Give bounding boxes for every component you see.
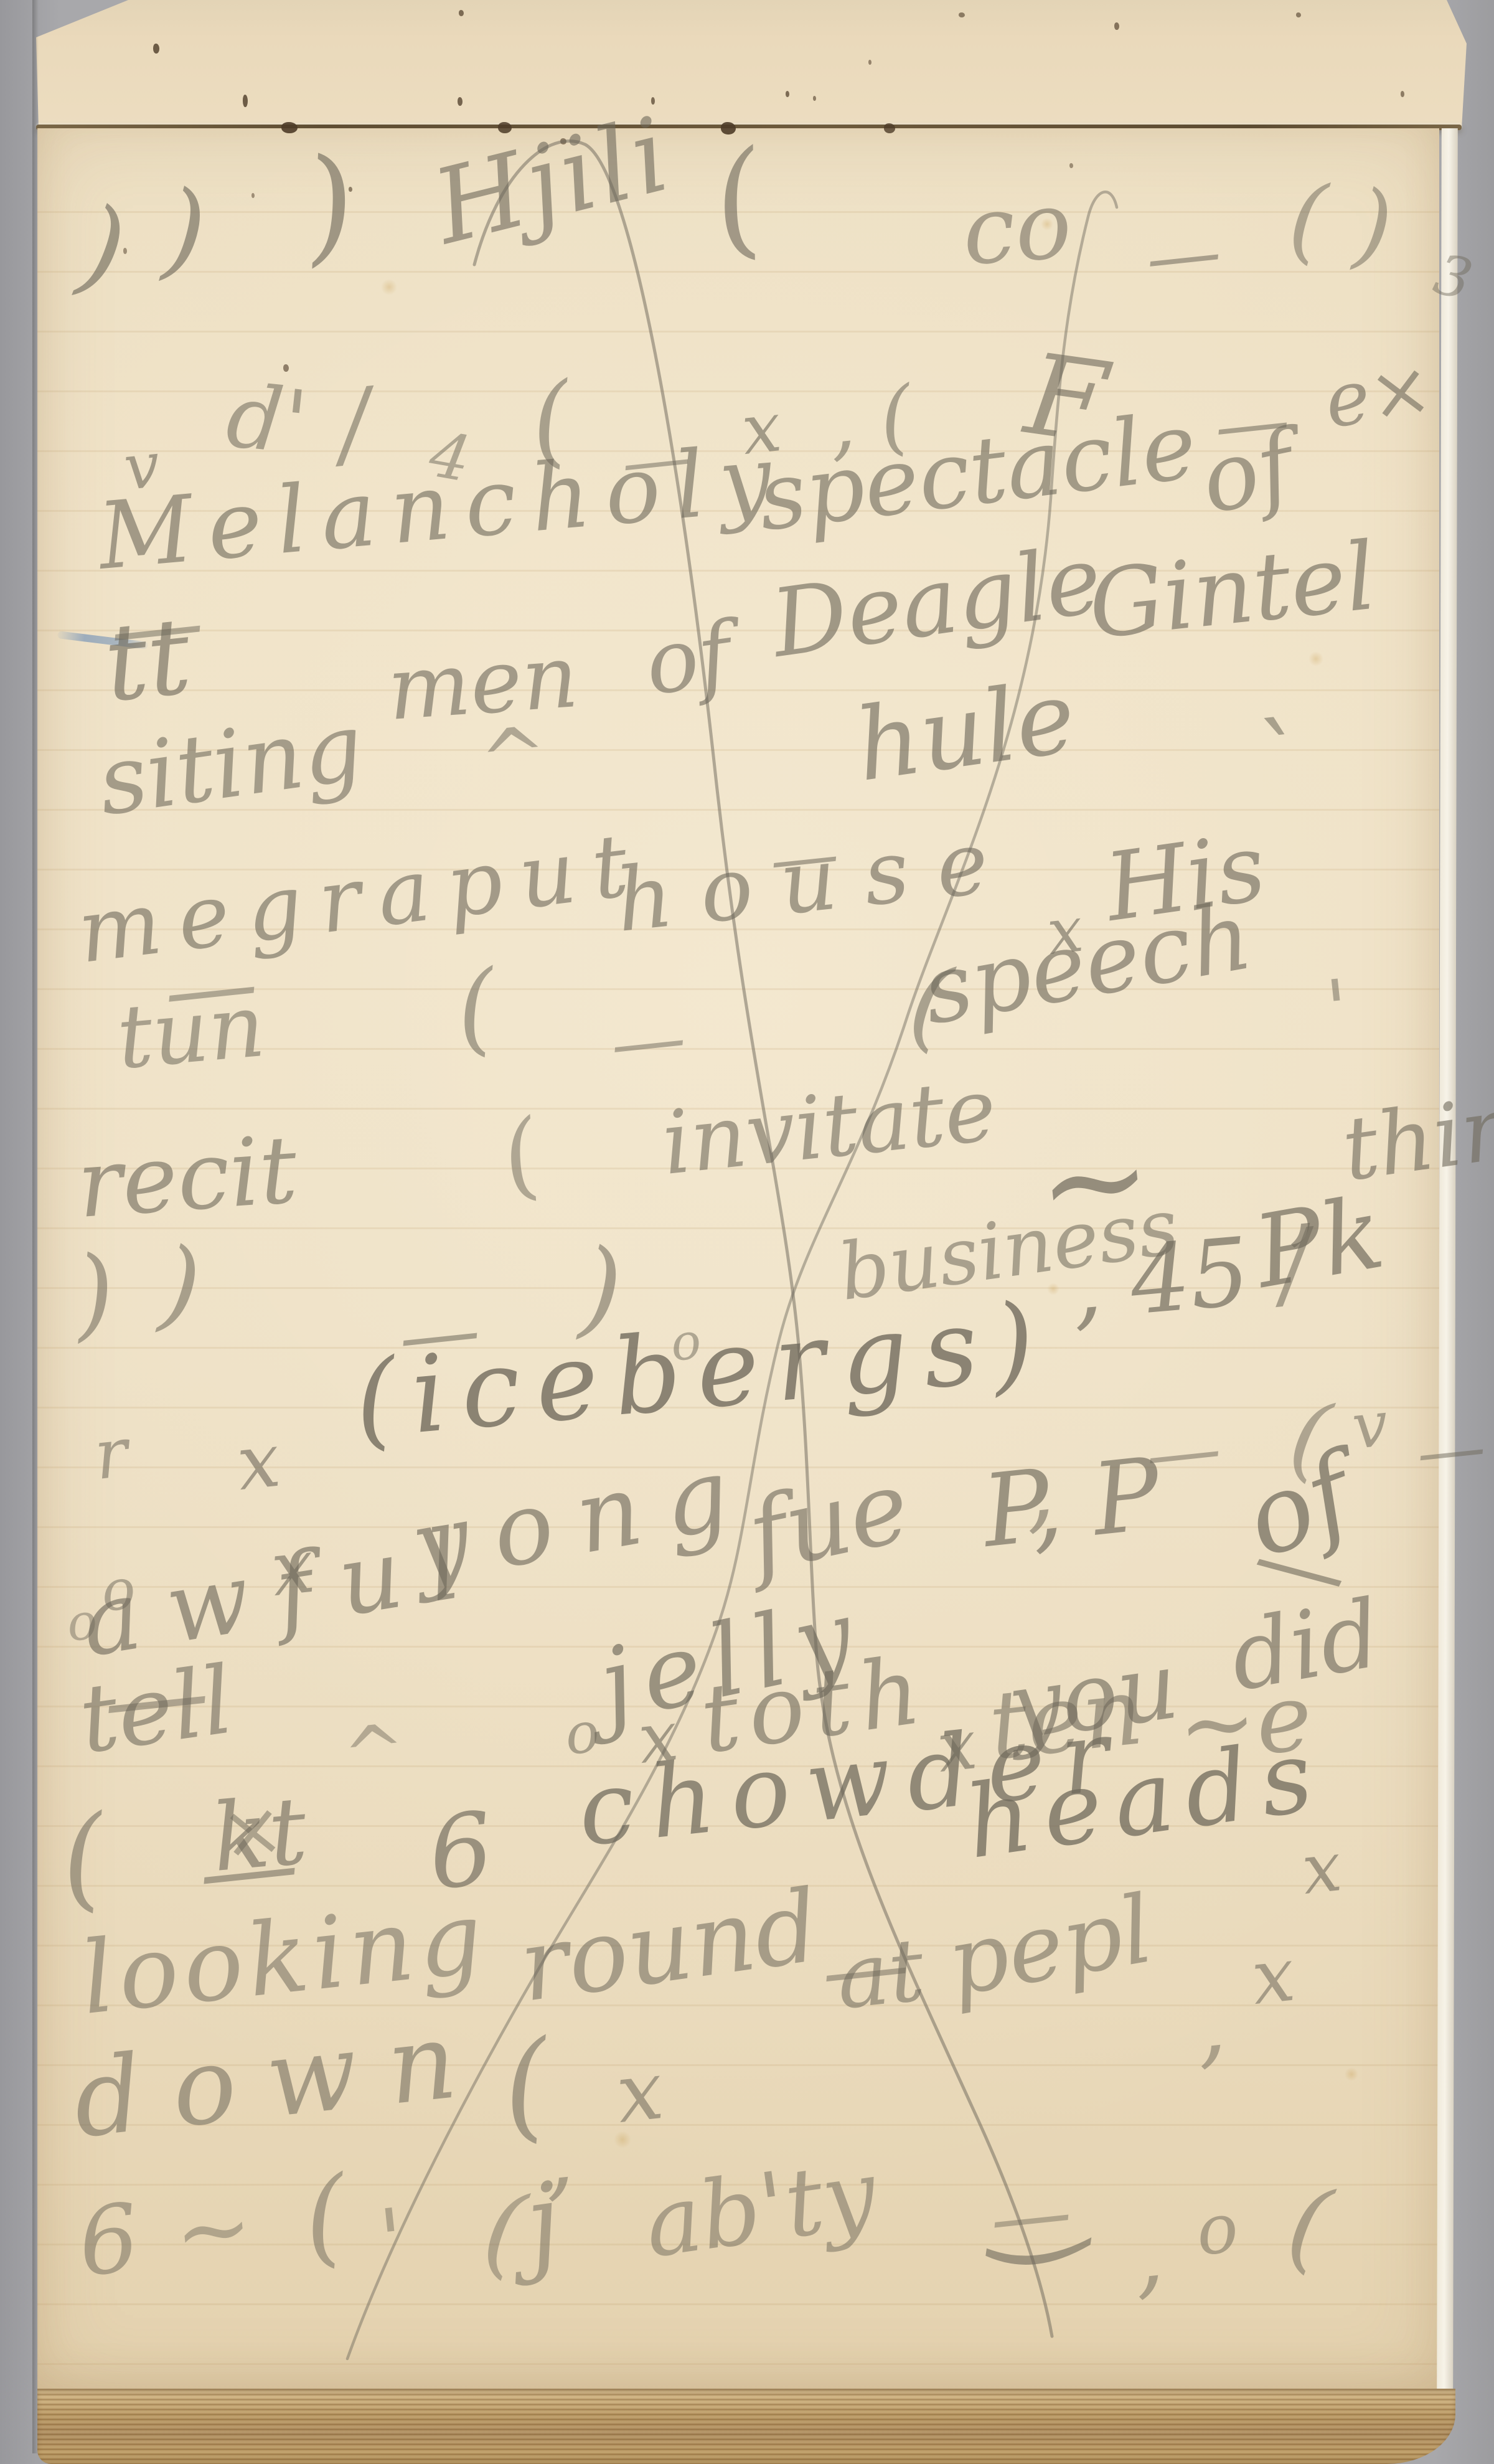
- strikethrough-stroke-left: [474, 141, 1052, 2336]
- notebook-photo: )))Hjili(co—( )3vd'/4(—x, (F—e×Melanchol…: [0, 0, 1494, 2464]
- strikethrough-stroke-right: [347, 192, 1117, 2359]
- strikethrough-strokes: [0, 0, 1494, 2464]
